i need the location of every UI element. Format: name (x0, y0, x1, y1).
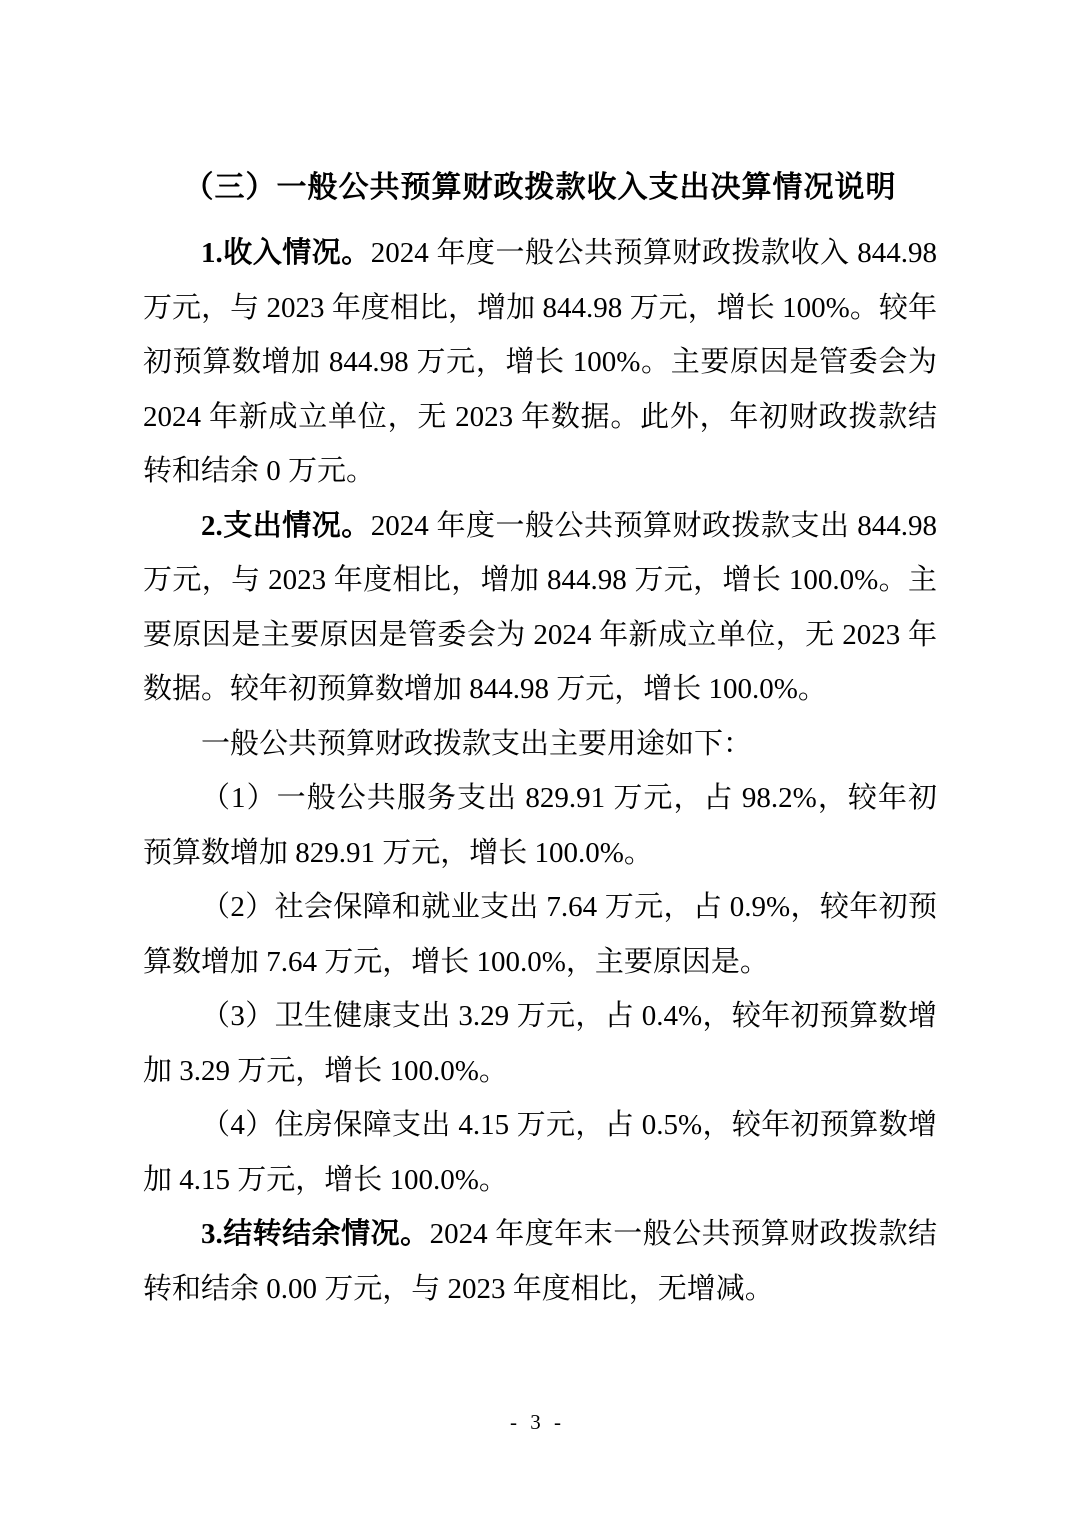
paragraph-text: 2024 年度一般公共预算财政拨款收入 844.98 万元，与 2023 年度相… (143, 237, 937, 487)
paragraph-carryover: 3.结转结余情况。2024 年度年末一般公共预算财政拨款结转和结余 0.00 万… (143, 1207, 937, 1316)
paragraph-income: 1.收入情况。2024 年度一般公共预算财政拨款收入 844.98 万元，与 2… (143, 226, 937, 499)
paragraph-lead: 3.结转结余情况。 (201, 1218, 430, 1250)
paragraph-usage-intro: 一般公共预算财政拨款支出主要用途如下： (143, 717, 937, 772)
paragraph-text: （3）卫生健康支出 3.29 万元，占 0.4%，较年初预算数增加 3.29 万… (143, 1000, 937, 1087)
paragraph-item-2-social-security: （2）社会保障和就业支出 7.64 万元，占 0.9%，较年初预算数增加 7.6… (143, 880, 937, 989)
paragraph-text: （4）住房保障支出 4.15 万元，占 0.5%，较年初预算数增加 4.15 万… (143, 1109, 937, 1196)
paragraph-lead: 1.收入情况。 (201, 237, 371, 269)
document-page: （三）一般公共预算财政拨款收入支出决算情况说明 1.收入情况。2024 年度一般… (0, 0, 1075, 1520)
paragraph-item-3-health: （3）卫生健康支出 3.29 万元，占 0.4%，较年初预算数增加 3.29 万… (143, 989, 937, 1098)
page-number: - 3 - (0, 1407, 1075, 1437)
paragraph-expenditure: 2.支出情况。2024 年度一般公共预算财政拨款支出 844.98 万元，与 2… (143, 499, 937, 717)
paragraph-text: （2）社会保障和就业支出 7.64 万元，占 0.9%，较年初预算数增加 7.6… (143, 891, 937, 978)
paragraph-item-4-housing: （4）住房保障支出 4.15 万元，占 0.5%，较年初预算数增加 4.15 万… (143, 1098, 937, 1207)
section-title: （三）一般公共预算财政拨款收入支出决算情况说明 (143, 160, 937, 216)
paragraph-lead: 2.支出情况。 (201, 510, 371, 542)
document-content: （三）一般公共预算财政拨款收入支出决算情况说明 1.收入情况。2024 年度一般… (0, 0, 1075, 1316)
paragraph-text: （1）一般公共服务支出 829.91 万元，占 98.2%，较年初预算数增加 8… (143, 782, 937, 869)
paragraph-item-1-public-service: （1）一般公共服务支出 829.91 万元，占 98.2%，较年初预算数增加 8… (143, 771, 937, 880)
paragraph-text: 一般公共预算财政拨款支出主要用途如下： (201, 728, 752, 760)
